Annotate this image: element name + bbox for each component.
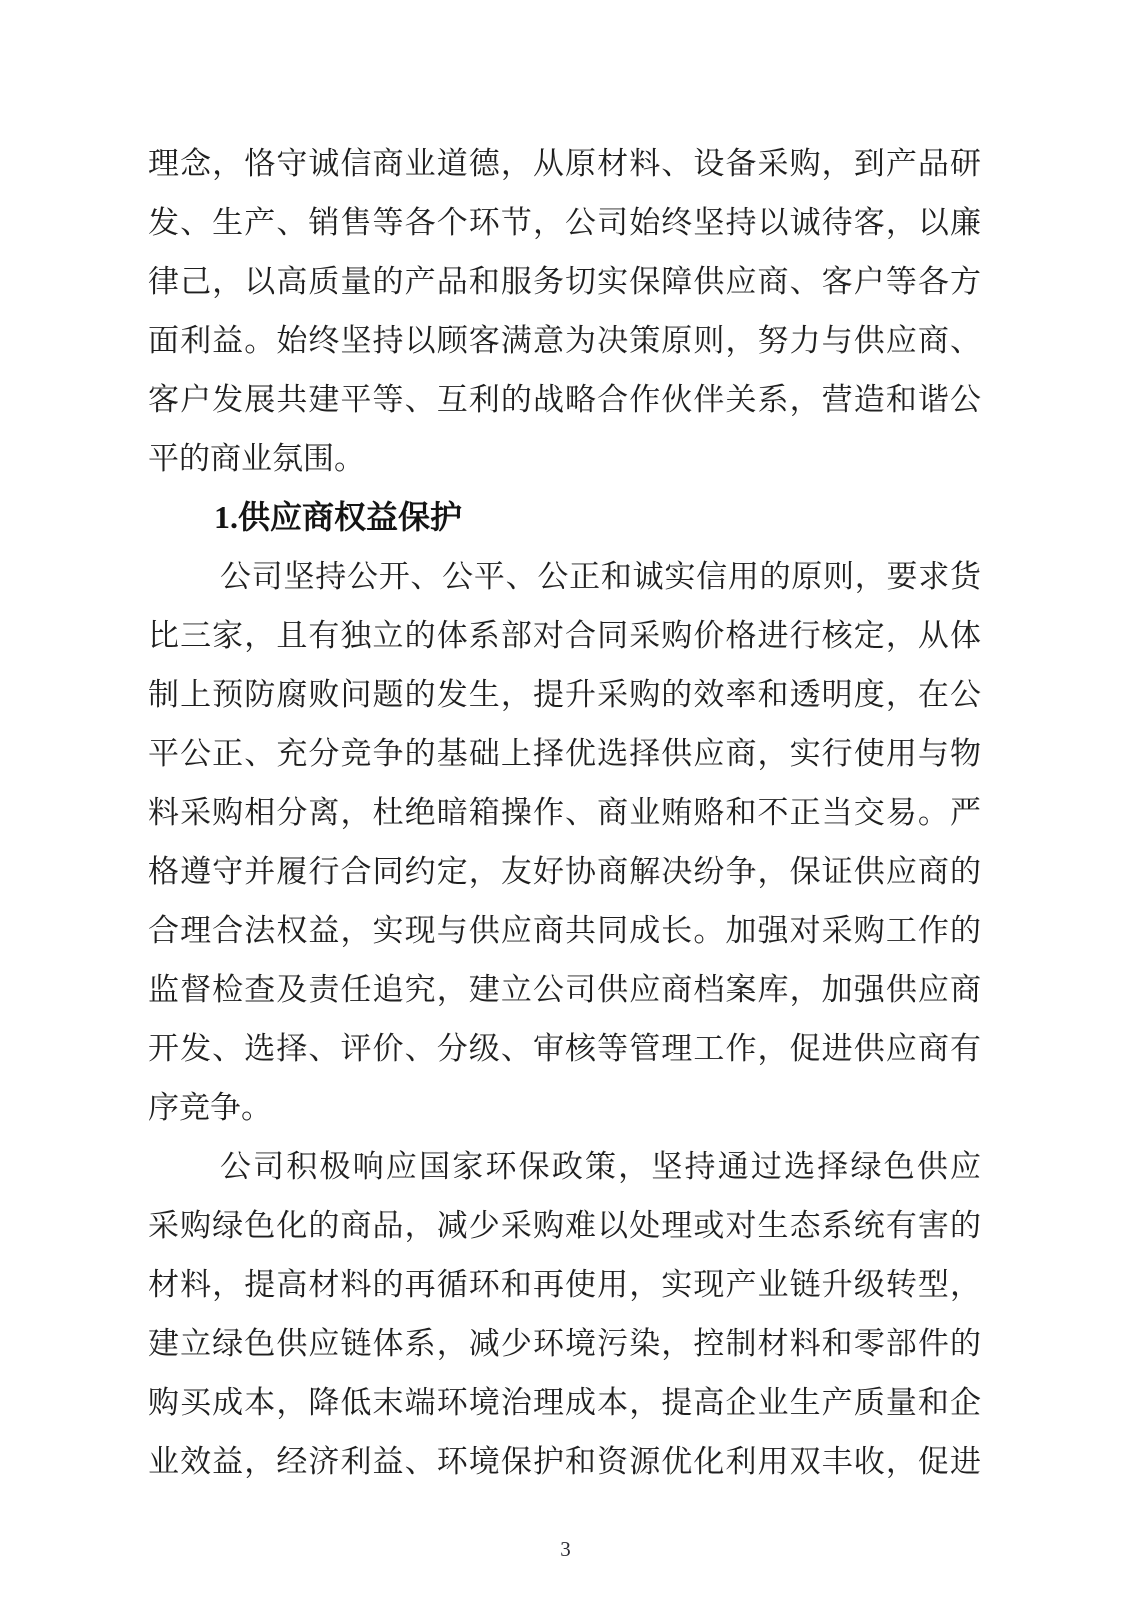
text-line: 发、生产、销售等各个环节，公司始终坚持以诚待客，以廉 xyxy=(148,193,981,252)
text-line: 合理合法权益，实现与供应商共同成长。加强对采购工作的 xyxy=(148,901,981,960)
section-heading: 1.供应商权益保护 xyxy=(148,488,981,547)
text-line: 采购绿色化的商品，减少采购难以处理或对生态系统有害的 xyxy=(148,1196,981,1255)
text-line: 面利益。始终坚持以顾客满意为决策原则，努力与供应商、 xyxy=(148,311,981,370)
text-line: 开发、选择、评价、分级、审核等管理工作，促进供应商有 xyxy=(148,1019,981,1078)
text-line: 监督检查及责任追究，建立公司供应商档案库，加强供应商 xyxy=(148,960,981,1019)
page-footer: 3 xyxy=(0,1537,1131,1561)
document-page: 理念，恪守诚信商业道德，从原材料、设备采购，到产品研发、生产、销售等各个环节，公… xyxy=(0,0,1131,1600)
text-line: 料采购相分离，杜绝暗箱操作、商业贿赂和不正当交易。严 xyxy=(148,783,981,842)
text-line: 比三家，且有独立的体系部对合同采购价格进行核定，从体 xyxy=(148,606,981,665)
text-line: 平公正、充分竞争的基础上择优选择供应商，实行使用与物 xyxy=(148,724,981,783)
page-number: 3 xyxy=(560,1537,571,1561)
document-body: 理念，恪守诚信商业道德，从原材料、设备采购，到产品研发、生产、销售等各个环节，公… xyxy=(148,134,981,1491)
text-line: 建立绿色供应链体系，减少环境污染，控制材料和零部件的 xyxy=(148,1314,981,1373)
text-line: 公司坚持公开、公平、公正和诚实信用的原则，要求货 xyxy=(148,547,981,606)
text-line: 购买成本，降低末端环境治理成本，提高企业生产质量和企 xyxy=(148,1373,981,1432)
text-line: 公司积极响应国家环保政策，坚持通过选择绿色供应商， xyxy=(148,1137,981,1196)
text-line: 客户发展共建平等、互利的战略合作伙伴关系，营造和谐公 xyxy=(148,370,981,429)
text-line: 律己，以高质量的产品和服务切实保障供应商、客户等各方 xyxy=(148,252,981,311)
text-line: 业效益，经济利益、环境保护和资源优化利用双丰收，促进 xyxy=(148,1432,981,1491)
text-line: 平的商业氛围。 xyxy=(148,429,981,488)
text-line: 材料，提高材料的再循环和再使用，实现产业链升级转型， xyxy=(148,1255,981,1314)
text-line: 序竞争。 xyxy=(148,1078,981,1137)
text-line: 格遵守并履行合同约定，友好协商解决纷争，保证供应商的 xyxy=(148,842,981,901)
text-line: 制上预防腐败问题的发生，提升采购的效率和透明度，在公 xyxy=(148,665,981,724)
text-line: 理念，恪守诚信商业道德，从原材料、设备采购，到产品研 xyxy=(148,134,981,193)
